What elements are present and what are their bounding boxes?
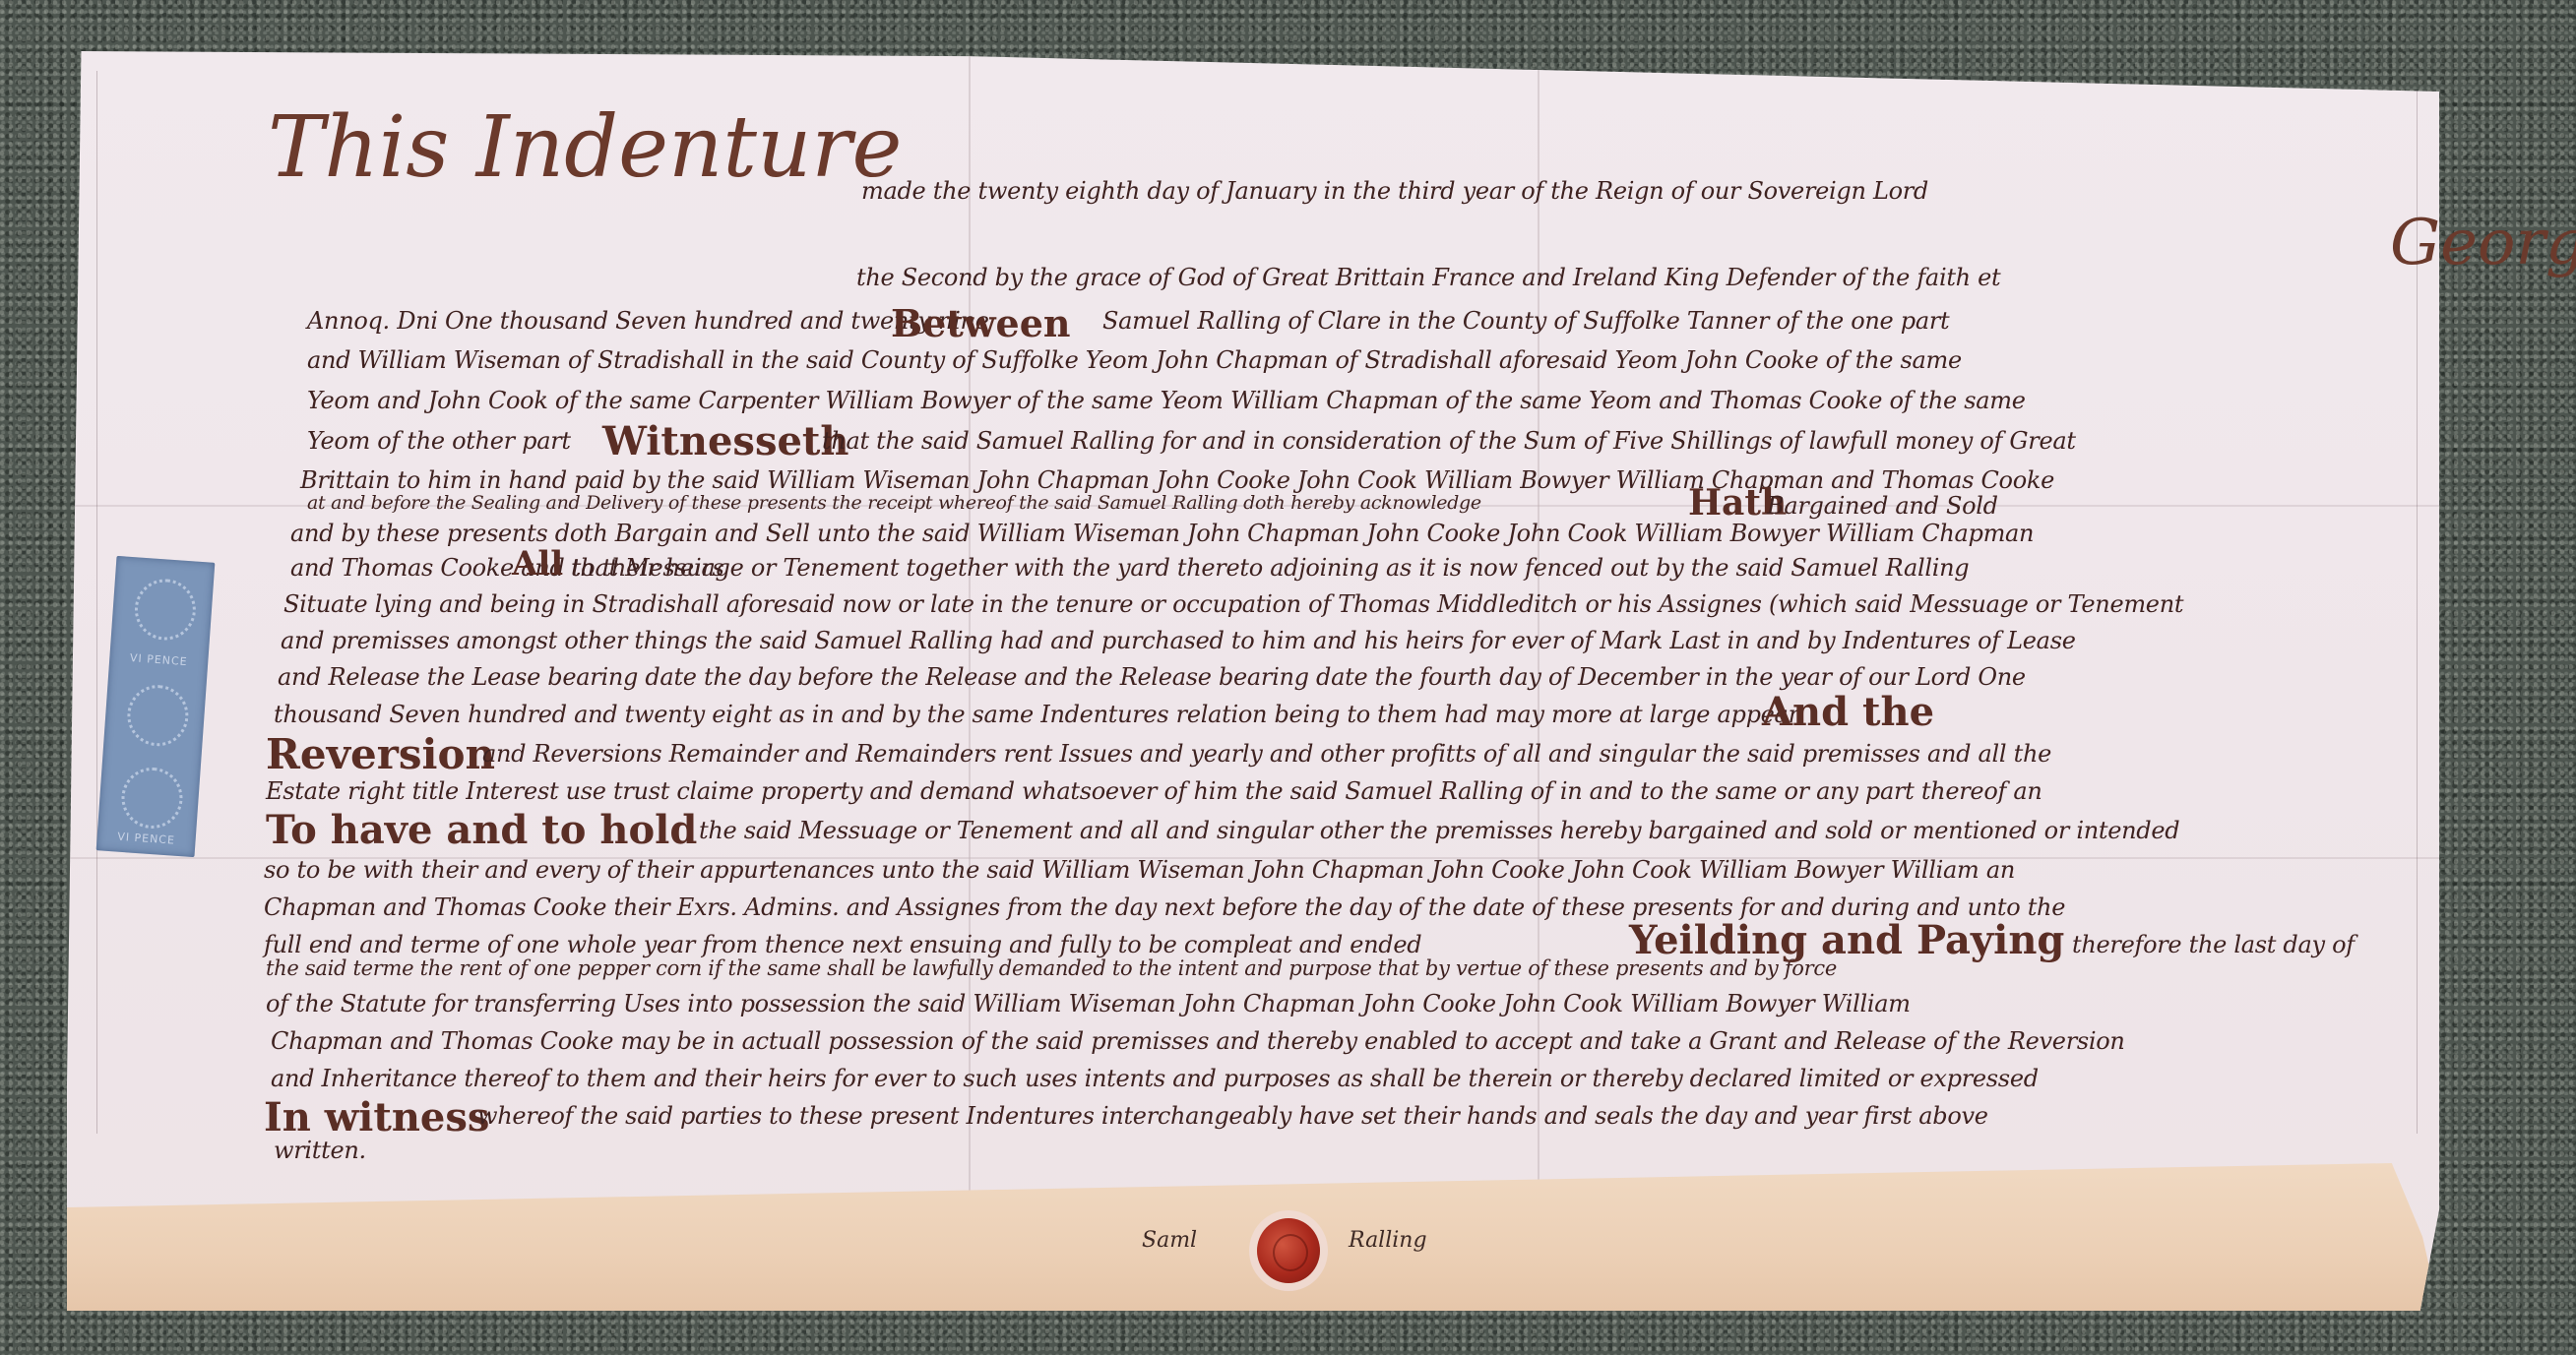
emphasized-keyword: And the xyxy=(1762,689,1934,735)
document-heading: This Indenture xyxy=(268,98,902,197)
text-line: and Reversions Remainder and Remainders … xyxy=(482,740,2051,768)
text-line: Chapman and Thomas Cooke may be in actua… xyxy=(271,1027,2125,1055)
text-line: made the twenty eighth day of January in… xyxy=(861,177,1928,205)
text-line: Yeom of the other part xyxy=(307,427,571,455)
wax-seal-icon xyxy=(1257,1218,1320,1283)
text-line: the said Messuage or Tenement and all an… xyxy=(699,817,2179,844)
text-line: written. xyxy=(274,1137,366,1164)
text-line: and premisses amongst other things the s… xyxy=(281,627,2076,654)
text-line: and by these presents doth Bargain and S… xyxy=(290,520,2034,547)
text-line: at and before the Sealing and Delivery o… xyxy=(307,492,1481,514)
text-line: Yeom and John Cook of the same Carpenter… xyxy=(307,387,2026,414)
text-line: and William Wiseman of Stradishall in th… xyxy=(307,346,1962,374)
text-line: therefore the last day of xyxy=(2072,931,2355,958)
text-line: Samuel Ralling of Clare in the County of… xyxy=(1102,307,1949,335)
signature-block: Saml Ralling xyxy=(1132,1210,1486,1289)
emphasized-keyword: Witnesseth xyxy=(602,418,848,464)
text-line: Estate right title Interest use trust cl… xyxy=(266,777,2042,805)
sovereign-name: George xyxy=(2390,207,2576,279)
text-line: Annoq. Dni One thousand Seven hundred an… xyxy=(307,307,989,335)
emphasized-keyword: In witness xyxy=(264,1094,489,1140)
signature-first-name: Saml xyxy=(1142,1228,1197,1253)
text-line: the said terme the rent of one pepper co… xyxy=(266,956,1837,980)
emphasized-keyword: Reversion xyxy=(266,730,495,778)
text-line: and Release the Lease bearing date the d… xyxy=(278,663,2026,691)
text-line: whereof the said parties to these presen… xyxy=(477,1102,1988,1130)
text-line: the Second by the grace of God of Great … xyxy=(856,264,2000,291)
text-line: thousand Seven hundred and twenty eight … xyxy=(274,701,1799,728)
emphasized-keyword: To have and to hold xyxy=(266,807,697,853)
signature-last-name: Ralling xyxy=(1349,1228,1427,1253)
text-line: Situate lying and being in Stradishall a… xyxy=(283,590,2183,618)
emphasized-keyword: Yeilding and Paying xyxy=(1629,917,2064,963)
text-line: so to be with their and every of their a… xyxy=(264,856,2015,884)
text-line: that the said Samuel Ralling for and in … xyxy=(822,427,2076,455)
text-line: of the Statute for transferring Uses int… xyxy=(266,990,1911,1017)
indenture-text: This Indenture George made the twenty ei… xyxy=(0,0,2576,1355)
text-line: full end and terme of one whole year fro… xyxy=(264,931,1421,958)
text-line: that Messuage or Tenement together with … xyxy=(571,554,1969,582)
emphasized-keyword: All xyxy=(512,544,563,584)
text-line: Brittain to him in hand paid by the said… xyxy=(300,466,2054,494)
text-line: and Inheritance thereof to them and thei… xyxy=(271,1065,2039,1092)
emphasized-keyword: Between xyxy=(891,301,1071,345)
text-line: Bargained and Sold xyxy=(1767,492,1998,520)
